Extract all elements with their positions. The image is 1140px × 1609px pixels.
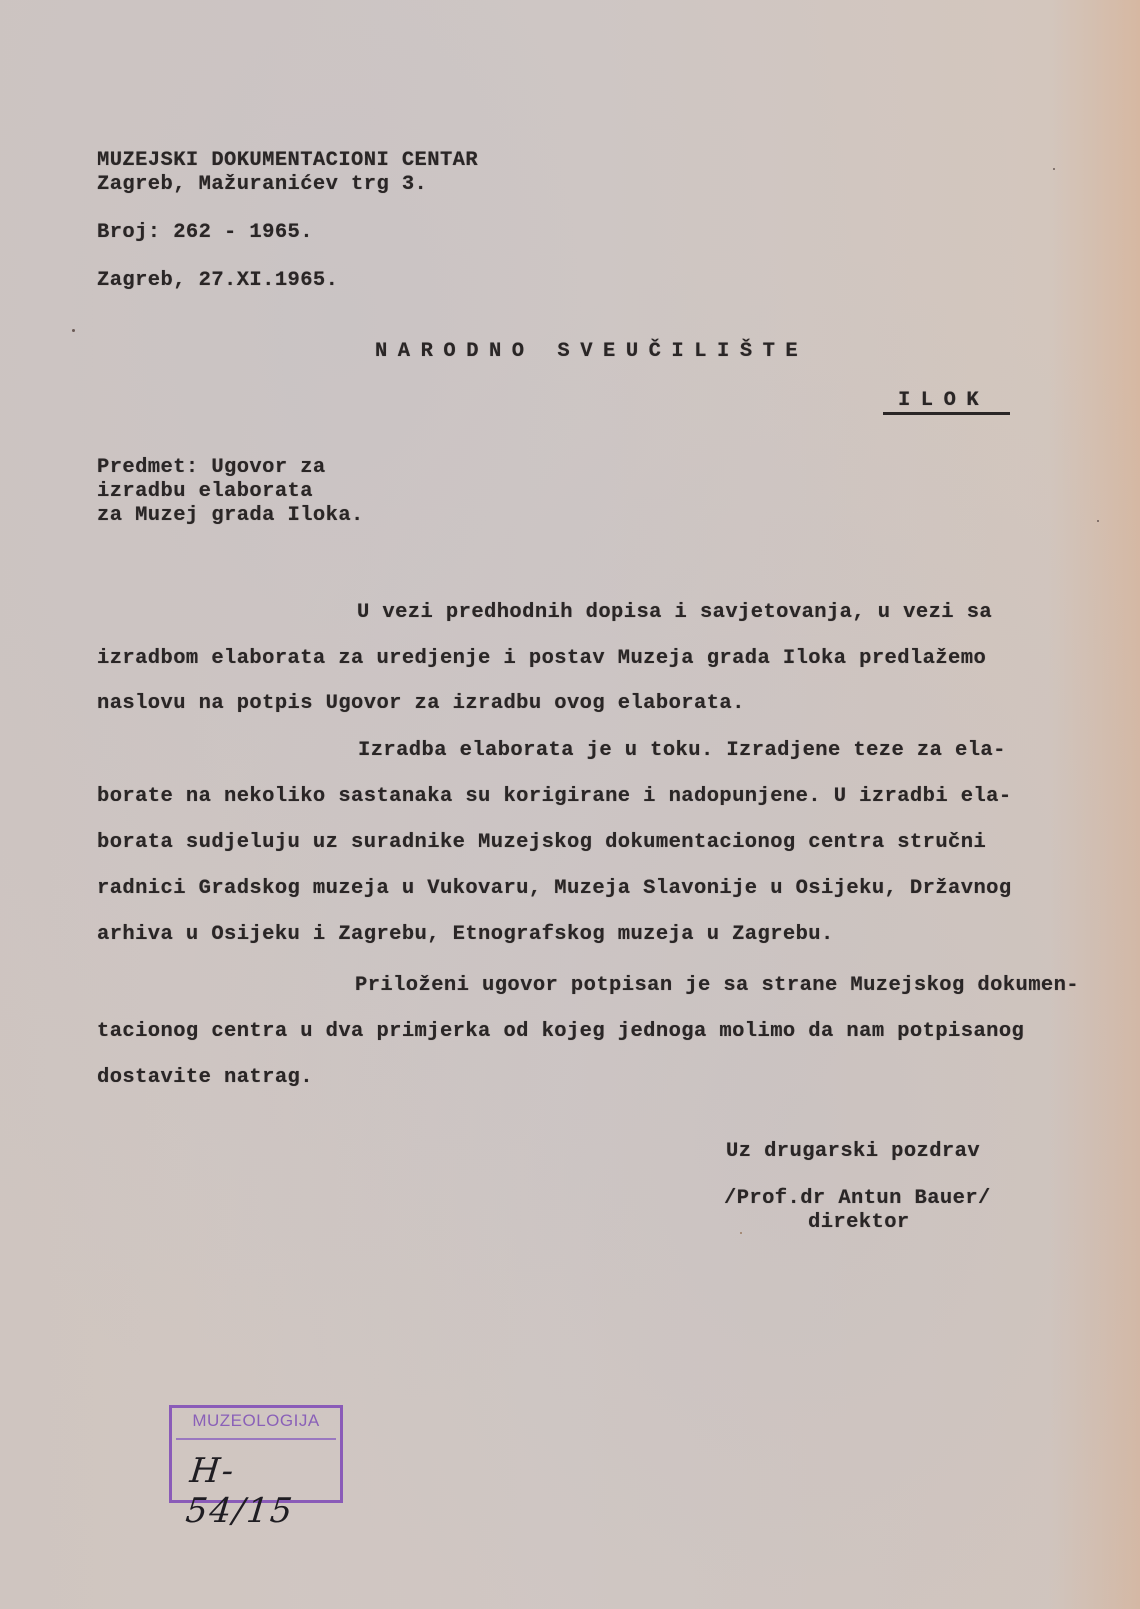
stamp-handwritten-number: H-54/15 xyxy=(184,1451,344,1531)
body-line: tacionog centra u dva primjerka od kojeg… xyxy=(97,1021,1024,1043)
body-line: naslovu na potpis Ugovor za izradbu ovog… xyxy=(97,693,745,715)
letter-date: Zagreb, 27.XI.1965. xyxy=(97,270,338,292)
body-line: borata sudjeluju uz suradnike Muzejskog … xyxy=(97,832,986,854)
body-line: arhiva u Osijeku i Zagrebu, Etnografskog… xyxy=(97,924,834,946)
signatory-title: direktor xyxy=(808,1212,910,1234)
recipient-name: NARODNO SVEUČILIŠTE xyxy=(375,341,808,363)
body-line: izradbom elaborata za uredjenje i postav… xyxy=(97,648,986,670)
archive-stamp: MUZEOLOGIJA H-54/15 xyxy=(169,1405,343,1503)
stamp-divider xyxy=(176,1438,336,1440)
paper-speck xyxy=(72,329,75,332)
body-line: dostavite natrag. xyxy=(97,1067,313,1089)
body-line: radnici Gradskog muzeja u Vukovaru, Muze… xyxy=(97,878,1012,900)
body-line: Izradba elaborata je u toku. Izradjene t… xyxy=(358,740,1006,762)
body-line: borate na nekoliko sastanaka su korigira… xyxy=(97,786,1012,808)
body-line: Priloženi ugovor potpisan je sa strane M… xyxy=(355,975,1079,997)
letter-page: MUZEJSKI DOKUMENTACIONI CENTAR Zagreb, M… xyxy=(0,0,1140,1609)
recipient-city-underline xyxy=(883,412,1010,415)
paper-speck xyxy=(740,1232,742,1234)
subject-line-1: Predmet: Ugovor za xyxy=(97,457,326,479)
paper-speck xyxy=(1053,168,1055,170)
reference-number: Broj: 262 - 1965. xyxy=(97,222,313,244)
stamp-label: MUZEOLOGIJA xyxy=(172,1411,340,1431)
subject-line-3: za Muzej grada Iloka. xyxy=(97,505,364,527)
body-line: U vezi predhodnih dopisa i savjetovanja,… xyxy=(357,602,992,624)
closing-greeting: Uz drugarski pozdrav xyxy=(726,1141,980,1163)
subject-line-2: izradbu elaborata xyxy=(97,481,313,503)
recipient-city: ILOK xyxy=(898,390,989,412)
organization-address: Zagreb, Mažuranićev trg 3. xyxy=(97,174,427,196)
paper-speck xyxy=(1097,520,1099,522)
signatory-name: /Prof.dr Antun Bauer/ xyxy=(724,1188,991,1210)
organization-name: MUZEJSKI DOKUMENTACIONI CENTAR xyxy=(97,150,478,172)
